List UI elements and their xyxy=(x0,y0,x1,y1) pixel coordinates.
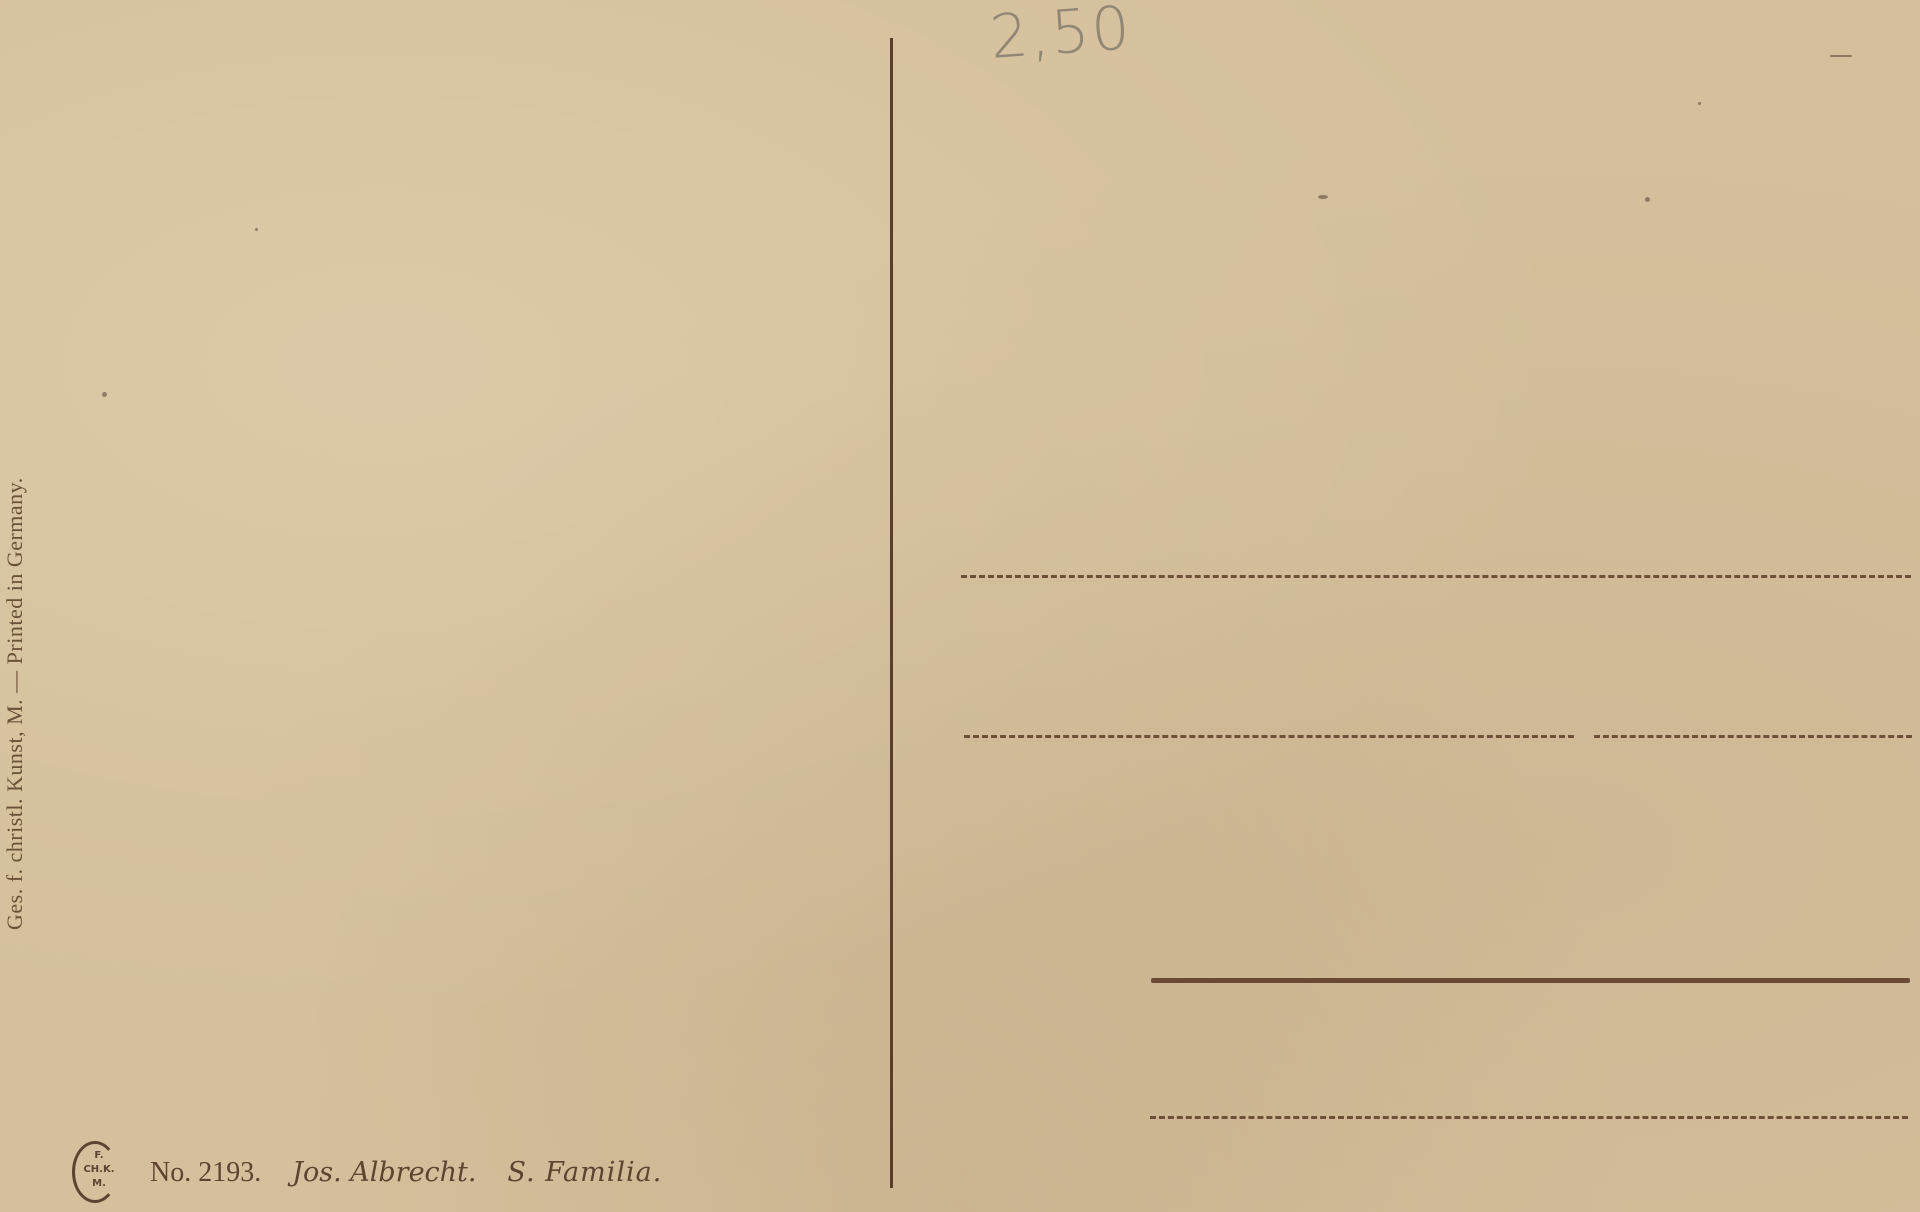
artist-name: Jos. Albrecht. xyxy=(292,1157,476,1188)
paper-speck xyxy=(1830,55,1852,57)
paper-speck xyxy=(1645,197,1650,202)
paper-speck xyxy=(255,228,258,231)
caption: No. 2193. Jos. Albrecht. S. Familia. xyxy=(150,1155,662,1189)
paper-speck xyxy=(1318,195,1328,199)
artwork-title: S. Familia. xyxy=(507,1157,662,1188)
address-line-1 xyxy=(961,575,1911,578)
logo-text: F. CH.K. M. xyxy=(82,1149,116,1191)
side-imprint-text: Ges. f. christl. Kunst, M. — Printed in … xyxy=(2,477,28,930)
address-line-2a xyxy=(964,735,1574,738)
address-line-3-solid xyxy=(1151,978,1910,983)
handwritten-price: 2,50 xyxy=(988,0,1134,73)
vertical-divider-line xyxy=(890,38,893,1188)
address-line-2b xyxy=(1594,735,1912,738)
publisher-monogram-icon: F. CH.K. M. xyxy=(72,1141,124,1205)
paper-speck xyxy=(102,392,107,397)
postcard-back: Ges. f. christl. Kunst, M. — Printed in … xyxy=(0,0,1920,1212)
catalog-number: No. 2193. xyxy=(150,1157,261,1188)
address-line-4 xyxy=(1150,1116,1908,1119)
paper-speck xyxy=(1698,102,1701,105)
logo-line-1: F. xyxy=(82,1149,116,1163)
logo-line-3: M. xyxy=(82,1177,116,1191)
logo-line-2: CH.K. xyxy=(82,1163,116,1177)
